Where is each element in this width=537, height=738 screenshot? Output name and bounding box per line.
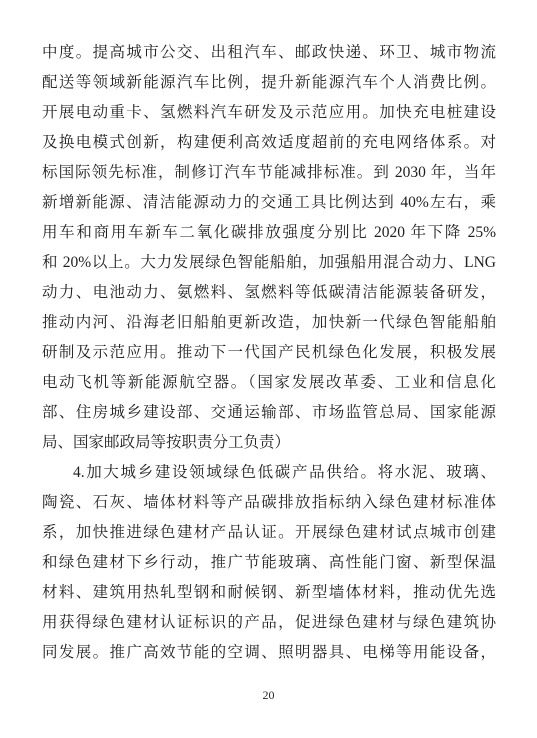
text-line: 及换电模式创新，构建便利高效适度超前的充电网络体系。对 — [42, 128, 496, 158]
text-line: 开展电动重卡、氢燃料汽车研发及示范应用。加快充电桩建设 — [42, 98, 496, 128]
text-line: 动力、电池动力、氨燃料、氢燃料等低碳清洁能源装备研发， — [42, 278, 496, 308]
text-line: 和 20%以上。大力发展绿色智能船舶，加强船用混合动力、LNG — [42, 248, 496, 278]
text-line: 研制及示范应用。推动下一代国产民机绿色化发展，积极发展 — [42, 338, 496, 368]
text-line: 材料、建筑用热轧型钢和耐候钢、新型墙体材料，推动优先选 — [42, 578, 496, 608]
text-line: 推动内河、沿海老旧船舶更新改造，加快新一代绿色智能船舶 — [42, 308, 496, 338]
text-line: 用车和商用车新车二氧化碳排放强度分别比 2020 年下降 25% — [42, 218, 496, 248]
page-number: 20 — [0, 688, 537, 702]
text-line: 中度。提高城市公交、出租汽车、邮政快递、环卫、城市物流 — [42, 38, 496, 68]
text-line: 系，加快推进绿色建材产品认证。开展绿色建材试点城市创建 — [42, 518, 496, 548]
text-line: 同发展。推广高效节能的空调、照明器具、电梯等用能设备， — [42, 638, 496, 668]
text-line: 标国际领先标准，制修订汽车节能减排标准。到 2030 年，当年 — [42, 158, 496, 188]
paragraph-green-transport: 中度。提高城市公交、出租汽车、邮政快递、环卫、城市物流 配送等领域新能源汽车比例… — [42, 38, 496, 458]
paragraph-green-building-products: 4.加大城乡建设领域绿色低碳产品供给。将水泥、玻璃、 陶瓷、石灰、墙体材料等产品… — [42, 458, 496, 668]
text-line: 和绿色建材下乡行动，推广节能玻璃、高性能门窗、新型保温 — [42, 548, 496, 578]
text-line: 新增新能源、清洁能源动力的交通工具比例达到 40%左右，乘 — [42, 188, 496, 218]
document-page: 中度。提高城市公交、出租汽车、邮政快递、环卫、城市物流 配送等领域新能源汽车比例… — [0, 0, 537, 738]
text-line: 用获得绿色建材认证标识的产品，促进绿色建材与绿色建筑协 — [42, 608, 496, 638]
text-line: 局、国家邮政局等按职责分工负责） — [42, 428, 496, 458]
text-line: 4.加大城乡建设领域绿色低碳产品供给。将水泥、玻璃、 — [42, 458, 496, 488]
document-body: 中度。提高城市公交、出租汽车、邮政快递、环卫、城市物流 配送等领域新能源汽车比例… — [42, 38, 496, 668]
text-line: 陶瓷、石灰、墙体材料等产品碳排放指标纳入绿色建材标准体 — [42, 488, 496, 518]
text-line: 电动飞机等新能源航空器。（国家发展改革委、工业和信息化 — [42, 368, 496, 398]
text-line: 配送等领域新能源汽车比例，提升新能源汽车个人消费比例。 — [42, 68, 496, 98]
text-line: 部、住房城乡建设部、交通运输部、市场监管总局、国家能源 — [42, 398, 496, 428]
